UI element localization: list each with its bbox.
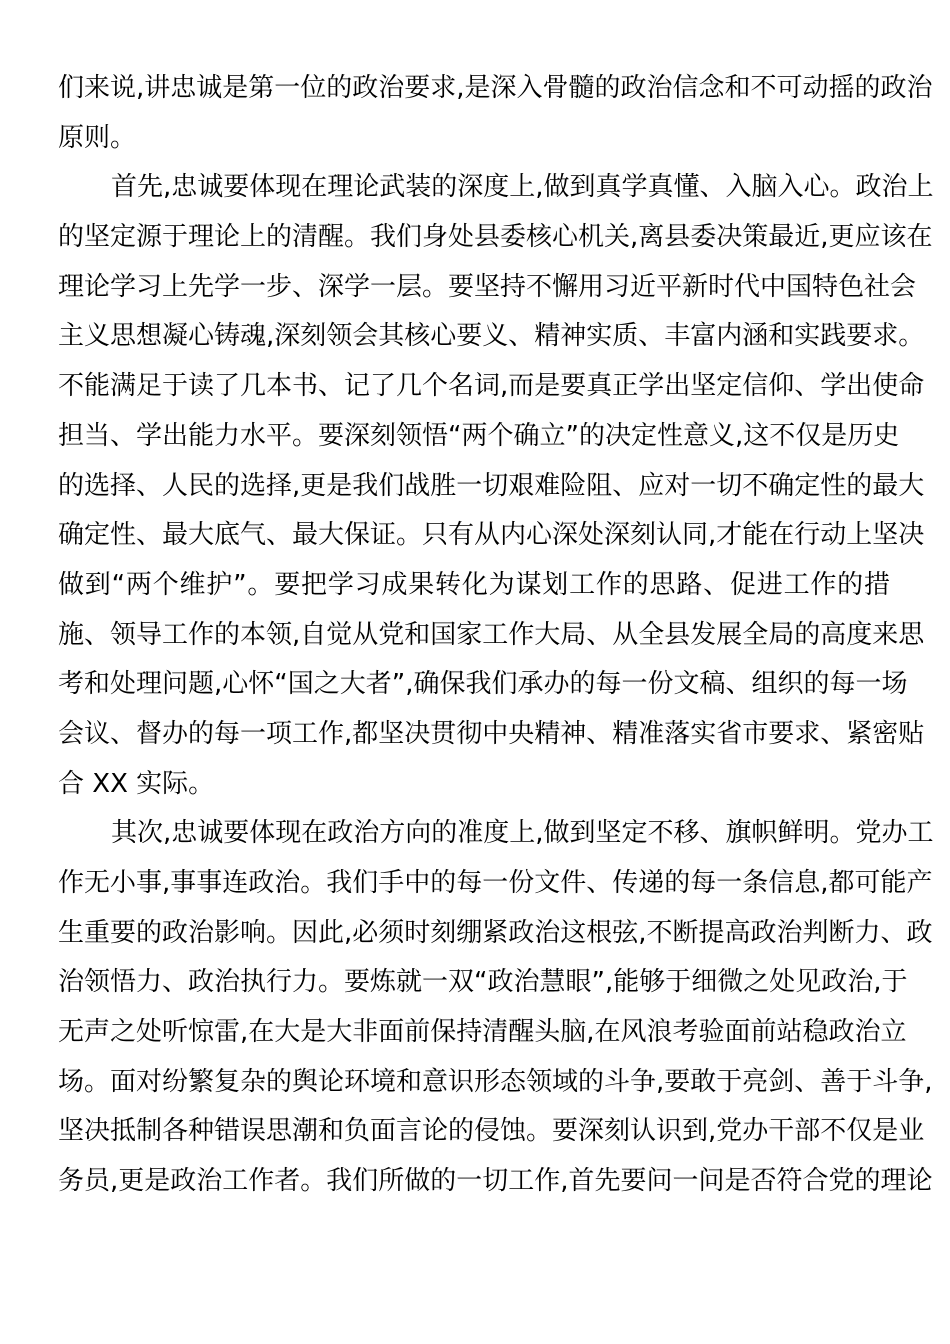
text-line: 主义思想凝心铸魂,深刻领会其核心要义、精神实质、丰富内涵和实践要求。 (58, 314, 890, 364)
text-line: 理论学习上先学一步、深学一层。要坚持不懈用习近平新时代中国特色社会 (58, 265, 890, 315)
text-line: 不能满足于读了几本书、记了几个名词,而是要真正学出坚定信仰、学出使命 (58, 364, 890, 414)
text-line: 会议、督办的每一项工作,都坚决贯彻中央精神、精准落实省市要求、紧密贴 (58, 712, 890, 762)
text-line: 合 XX 实际。 (58, 762, 890, 812)
text-line: 首先,忠诚要体现在理论武装的深度上,做到真学真懂、入脑入心。政治上 (58, 165, 890, 215)
text-line: 治领悟力、政治执行力。要炼就一双“政治慧眼”,能够于细微之处见政治,于 (58, 960, 890, 1010)
paragraph-theory-armament: 首先,忠诚要体现在理论武装的深度上,做到真学真懂、入脑入心。政治上 的坚定源于理… (58, 165, 890, 811)
text-line: 坚决抵制各种错误思潮和负面言论的侵蚀。要深刻认识到,党办干部不仅是业 (58, 1109, 890, 1159)
text-line: 确定性、最大底气、最大保证。只有从内心深处深刻认同,才能在行动上坚决 (58, 513, 890, 563)
text-line: 做到“两个维护”。要把学习成果转化为谋划工作的思路、促进工作的措 (58, 563, 890, 613)
text-line: 们来说,讲忠诚是第一位的政治要求,是深入骨髓的政治信念和不可动摇的政治 (58, 66, 890, 116)
text-line: 原则。 (58, 116, 890, 166)
text-line: 担当、学出能力水平。要深刻领悟“两个确立”的决定性意义,这不仅是历史 (58, 414, 890, 464)
text-line: 作无小事,事事连政治。我们手中的每一份文件、传递的每一条信息,都可能产 (58, 861, 890, 911)
text-line: 生重要的政治影响。因此,必须时刻绷紧政治这根弦,不断提高政治判断力、政 (58, 911, 890, 961)
text-line: 务员,更是政治工作者。我们所做的一切工作,首先要问一问是否符合党的理论 (58, 1159, 890, 1209)
text-line: 的选择、人民的选择,更是我们战胜一切艰难险阻、应对一切不确定性的最大 (58, 464, 890, 514)
text-line: 场。面对纷繁复杂的舆论环境和意识形态领域的斗争,要敢于亮剑、善于斗争, (58, 1060, 890, 1110)
document-page: 们来说,讲忠诚是第一位的政治要求,是深入骨髓的政治信念和不可动摇的政治 原则。 … (58, 66, 890, 1209)
text-line: 的坚定源于理论上的清醒。我们身处县委核心机关,离县委决策最近,更应该在 (58, 215, 890, 265)
text-line: 其次,忠诚要体现在政治方向的准度上,做到坚定不移、旗帜鲜明。党办工 (58, 811, 890, 861)
paragraph-continuation: 们来说,讲忠诚是第一位的政治要求,是深入骨髓的政治信念和不可动摇的政治 原则。 (58, 66, 890, 165)
text-line: 施、领导工作的本领,自觉从党和国家工作大局、从全县发展全局的高度来思 (58, 613, 890, 663)
text-line: 考和处理问题,心怀“国之大者”,确保我们承办的每一份文稿、组织的每一场 (58, 662, 890, 712)
paragraph-political-direction: 其次,忠诚要体现在政治方向的准度上,做到坚定不移、旗帜鲜明。党办工 作无小事,事… (58, 811, 890, 1209)
text-line: 无声之处听惊雷,在大是大非面前保持清醒头脑,在风浪考验面前站稳政治立 (58, 1010, 890, 1060)
